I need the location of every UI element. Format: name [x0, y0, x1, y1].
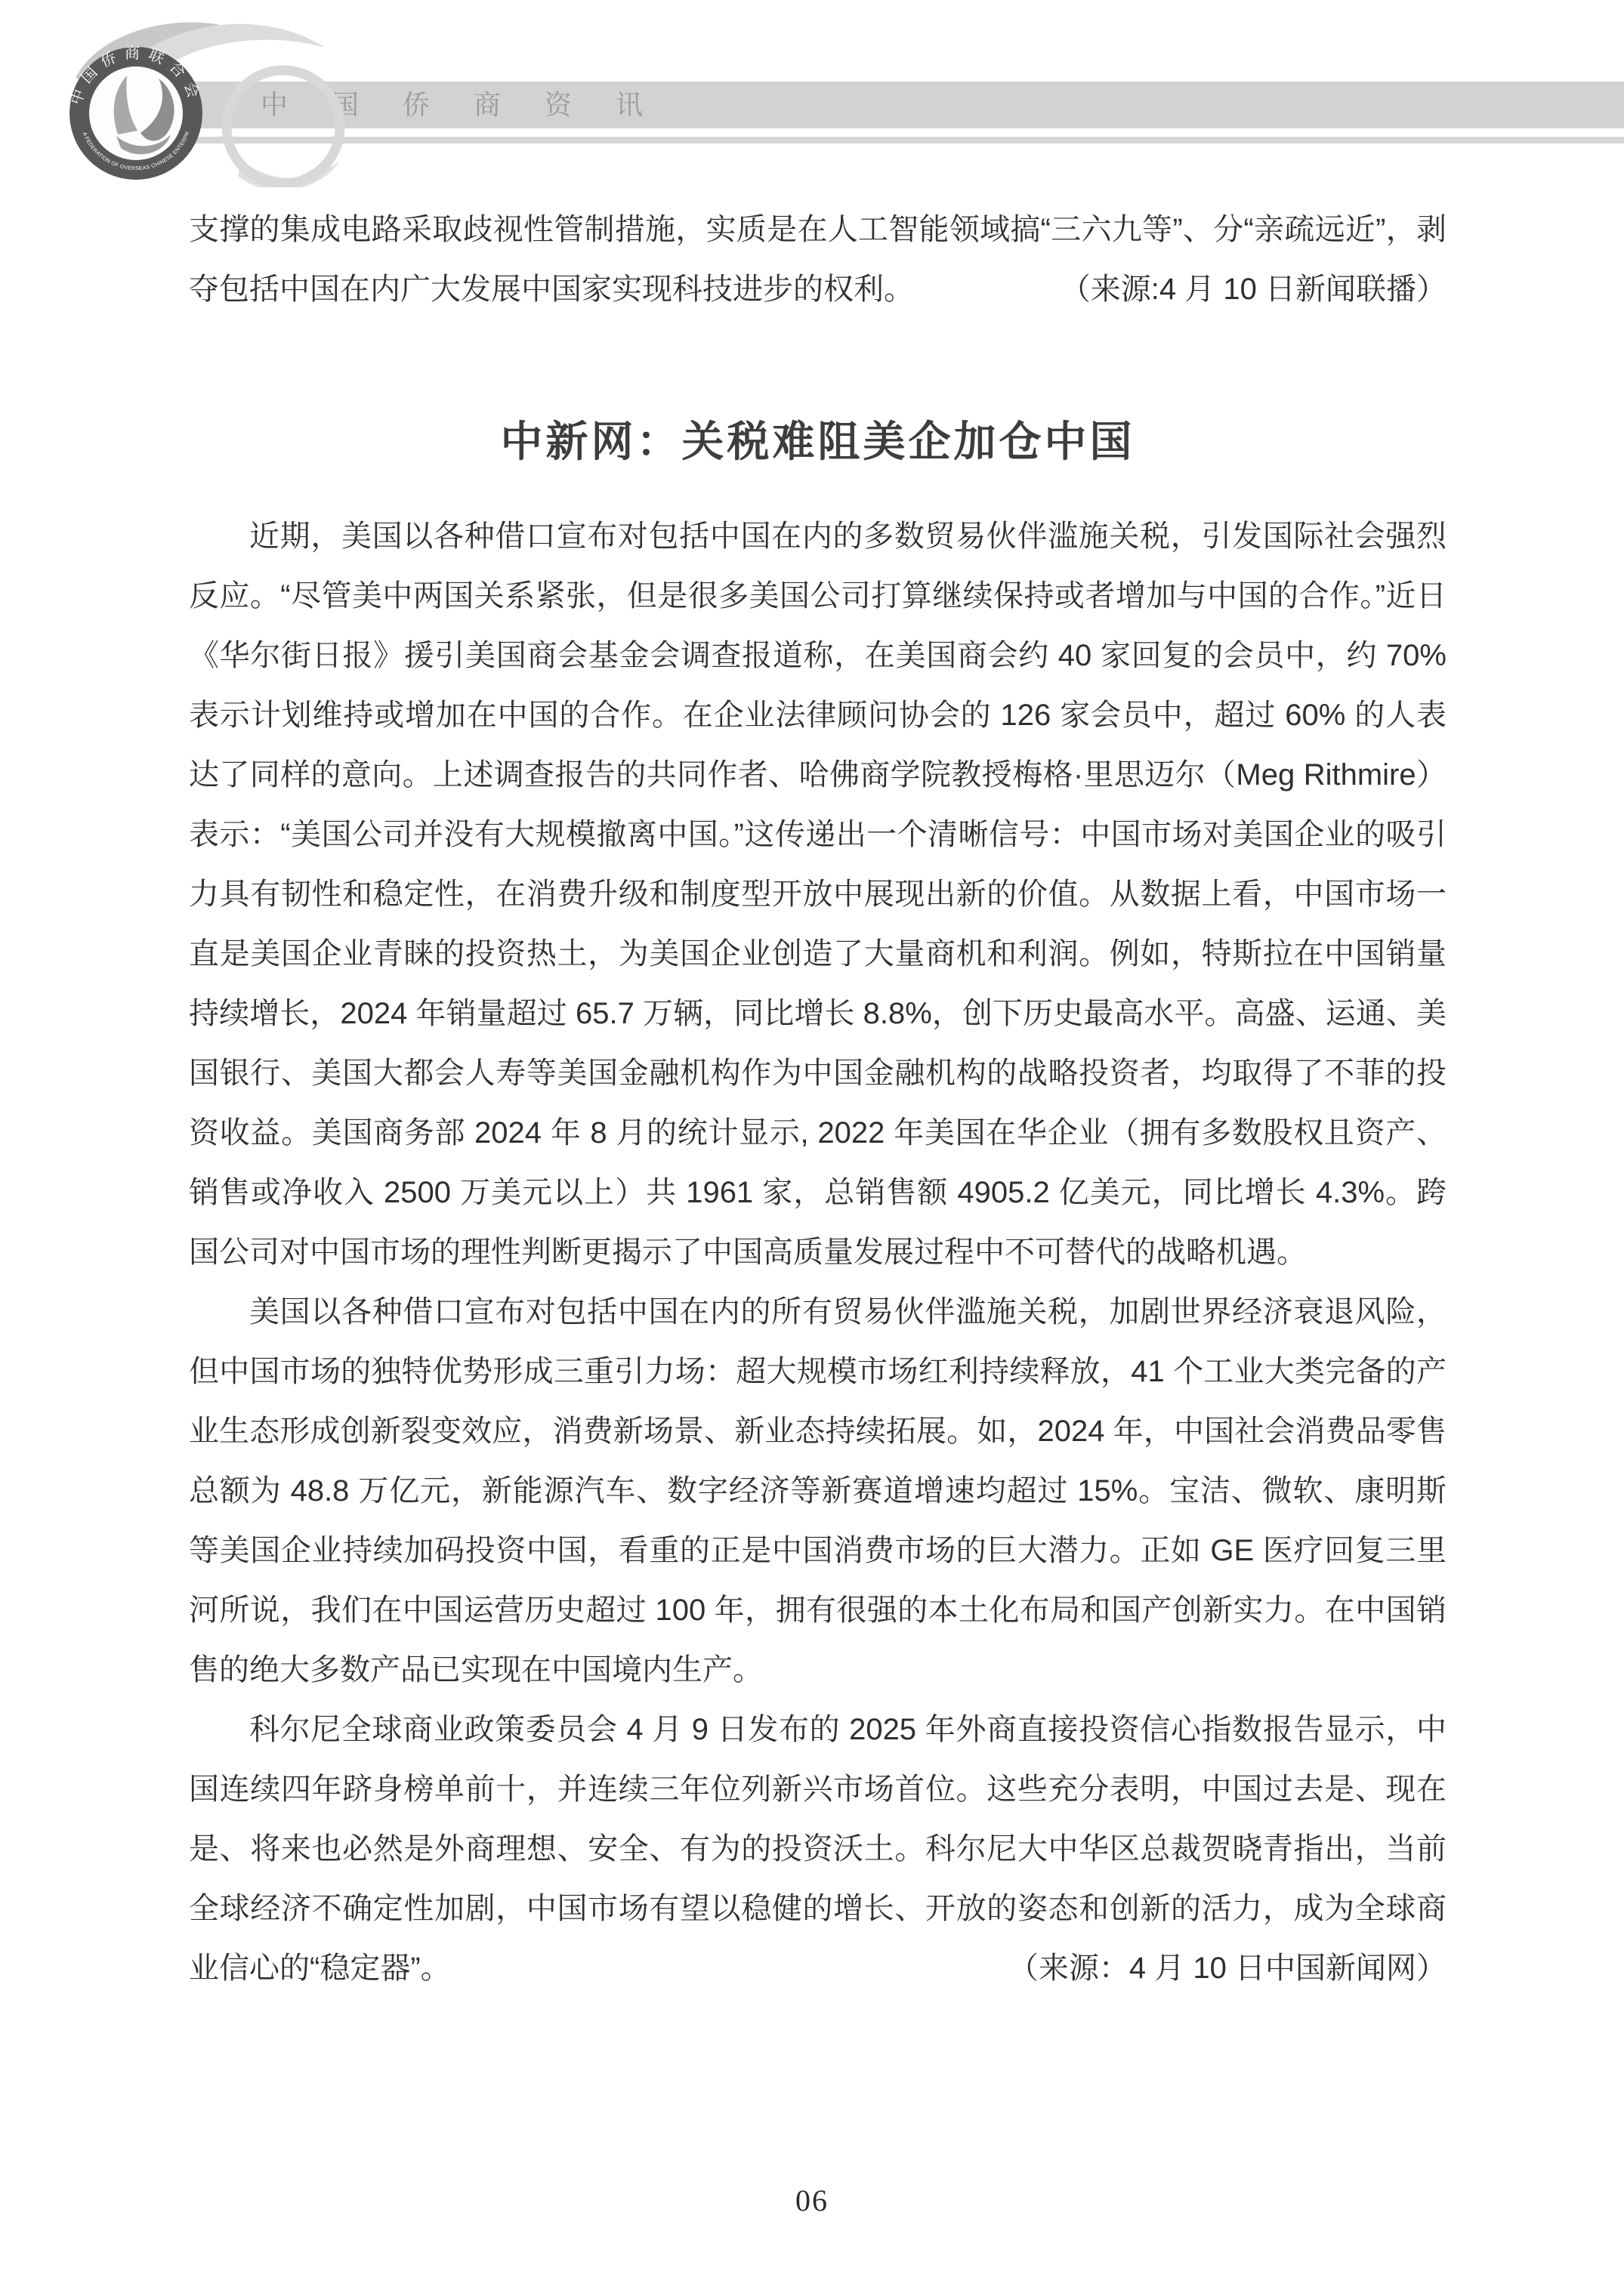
prev-article-paragraph: 支撑的集成电路采取歧视性管制措施，实质是在人工智能领域搞“三六九等”、分“亲疏远… [189, 200, 1446, 319]
page: 中国侨商资讯 [0, 0, 1624, 2293]
org-logo-icon: 中国侨商联合会 CHINA FEDERATION OF OVERSEAS CHI… [53, 6, 363, 187]
page-number: 06 [0, 2183, 1624, 2218]
logo-ring-icon [227, 70, 340, 184]
article-paragraph-1: 近期，美国以各种借口宣布对包括中国在内的多数贸易伙伴滥施关税，引发国际社会强烈反… [189, 507, 1446, 1282]
article-paragraph-2: 美国以各种借口宣布对包括中国在内的所有贸易伙伴滥施关税，加剧世界经济衰退风险，但… [189, 1282, 1446, 1700]
prev-article-source: （来源:4 月 10 日新闻联播） [1061, 260, 1446, 319]
article-body: 支撑的集成电路采取歧视性管制措施，实质是在人工智能领域搞“三六九等”、分“亲疏远… [189, 200, 1446, 1998]
article-title: 中新网：关税难阻美企加仓中国 [189, 415, 1446, 469]
article-paragraph-3: 科尔尼全球商业政策委员会 4 月 9 日发布的 2025 年外商直接投资信心指数… [189, 1700, 1446, 1998]
article-source: （来源：4 月 10 日中国新闻网） [948, 1939, 1446, 1998]
